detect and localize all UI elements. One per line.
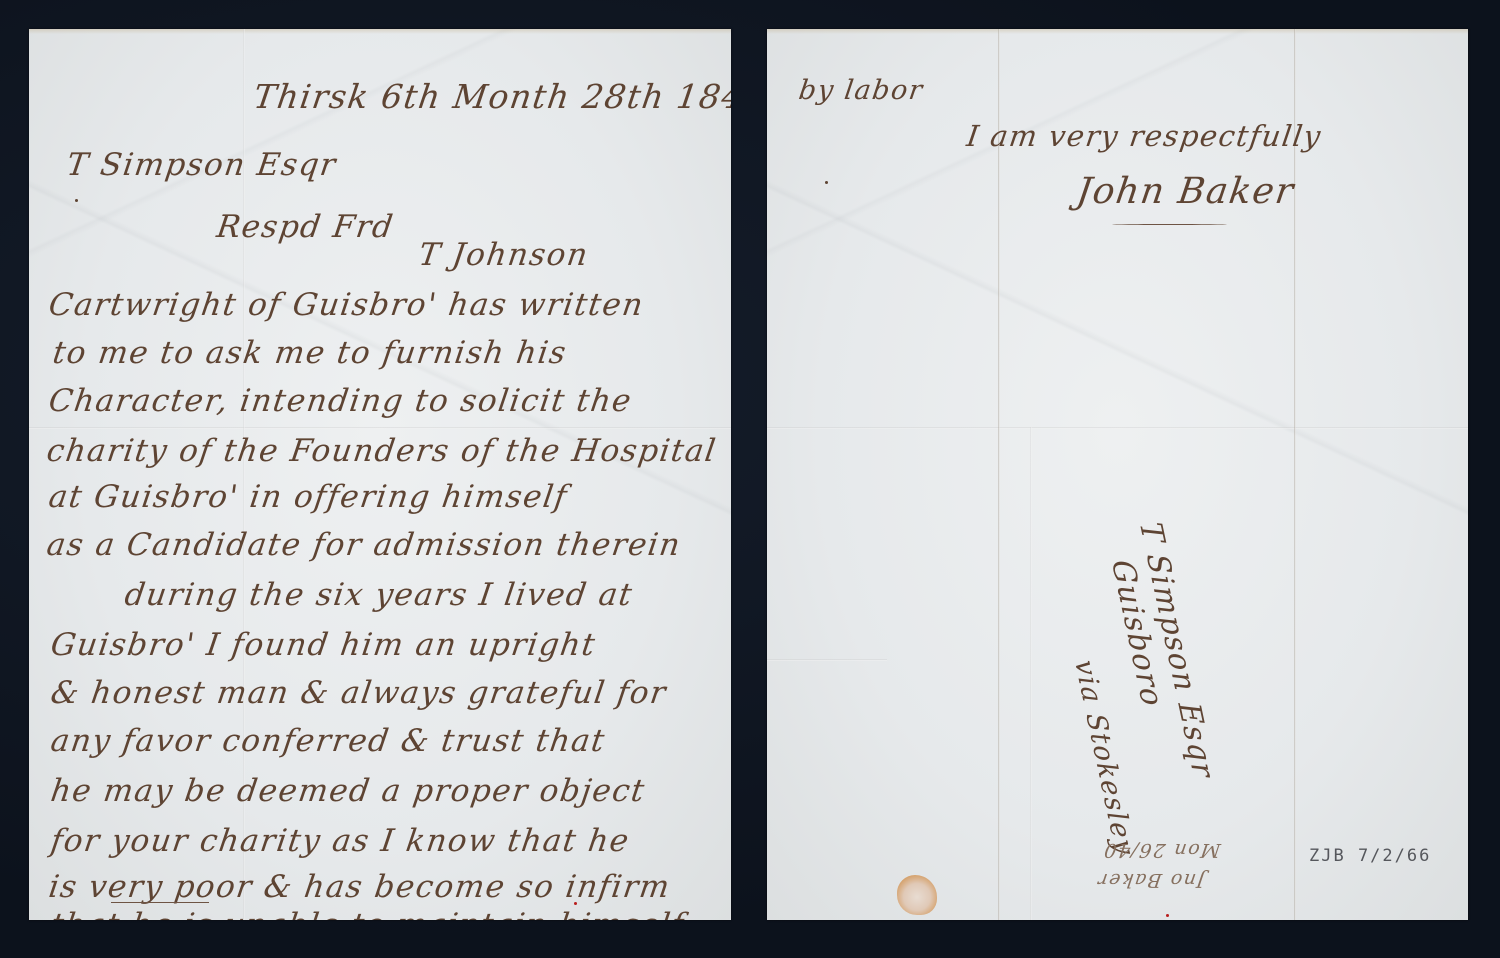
fold-line (767, 427, 1468, 429)
red-ink-spot (1166, 914, 1169, 917)
addressee: T Simpson Esqr (64, 147, 339, 183)
letter-line: Guisbro' I found him an upright (48, 627, 598, 663)
salutation: Respd Frd (214, 209, 396, 245)
archival-reference: ZJB 7/2/66 (1309, 846, 1431, 866)
letter-line: & honest man & always grateful for (48, 675, 669, 711)
letter-line: he may be deemed a proper object (48, 773, 647, 809)
letter-page-back: by labor I am very respectfully John Bak… (767, 29, 1468, 920)
letter-line: any favor conferred & trust that (48, 723, 607, 759)
ink-dot (75, 199, 78, 202)
edge-stain (29, 29, 731, 34)
fold-line (1294, 29, 1296, 920)
fold-line (29, 427, 731, 429)
signature: John Baker (1074, 171, 1297, 212)
signature-flourish (1112, 224, 1227, 225)
letter-line: T Johnson (416, 237, 591, 273)
continuation-text: by labor (797, 75, 926, 106)
address-line: via Stokesley (1068, 659, 1141, 857)
fold-line (1030, 427, 1032, 920)
letter-page-front: Thirsk 6th Month 28th 1840 T Simpson Esq… (29, 29, 731, 920)
paper-stain (897, 875, 937, 915)
ink-dot (825, 181, 828, 184)
letter-line: for your charity as I know that he (48, 823, 632, 859)
fold-line (998, 29, 1000, 920)
letter-line: to me to ask me to furnish his (50, 335, 569, 371)
letter-line: charity of the Founders of the Hospital (44, 433, 719, 469)
red-ink-spot (574, 902, 577, 905)
dateline: Thirsk 6th Month 28th 1840 (251, 77, 731, 116)
closing-text: I am very respectfully (965, 119, 1324, 153)
fold-line (767, 659, 887, 661)
letter-line: during the six years I lived at (122, 577, 635, 613)
docket-line: Jno Baker (1095, 869, 1206, 891)
letter-line: Character, intending to solicit the (46, 383, 634, 419)
letter-line: at Guisbro' in offering himself (46, 479, 570, 515)
letter-line: Cartwright of Guisbro' has written (46, 287, 646, 323)
edge-stain (767, 29, 1468, 34)
letter-line: as a Candidate for admission therein (44, 527, 683, 563)
letter-line: that he is unable to maintain himself (48, 907, 686, 920)
underline-very-poor (111, 901, 209, 903)
letter-line: is very poor & has become so infirm (46, 869, 673, 905)
docket-line: Mon 26/40 (1101, 839, 1222, 861)
